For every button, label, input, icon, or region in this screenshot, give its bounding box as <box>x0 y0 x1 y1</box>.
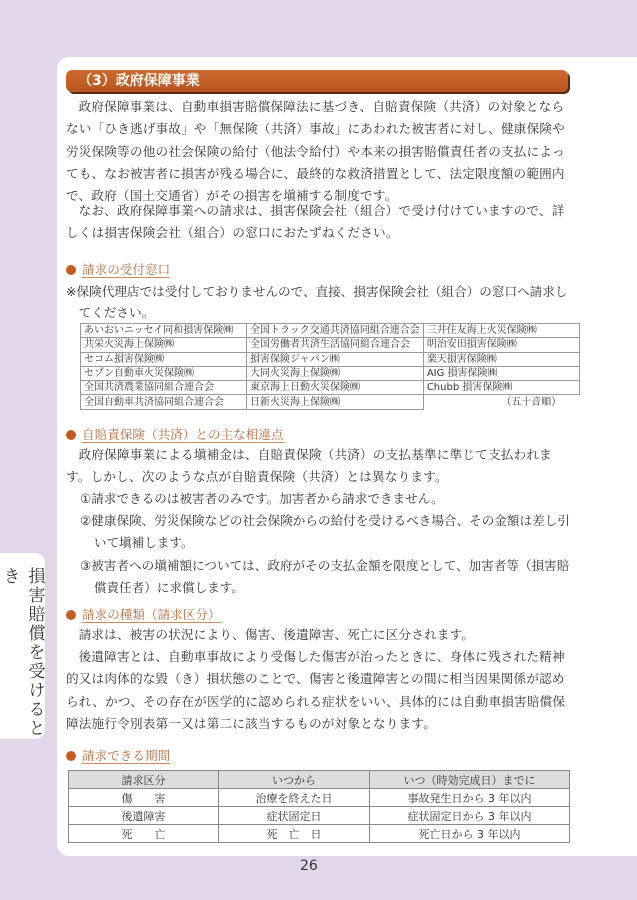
table-row: セコム損害保険㈱ 損害保険ジャパン㈱ 楽天損害保険㈱ <box>81 352 580 366</box>
company-cell: Chubb 損害保険㈱ <box>423 381 579 395</box>
order-note: （五十音順） <box>423 395 579 409</box>
bullet-dot-icon <box>66 610 76 620</box>
company-cell: 楽天損害保険㈱ <box>423 352 579 366</box>
period-heading: 請求できる期間 <box>66 748 170 764</box>
chapter-side-tab-label: 損害賠償を受けるとき <box>0 567 48 739</box>
company-cell: セゾン自動車火災保険㈱ <box>81 366 247 380</box>
table-row: セゾン自動車火災保険㈱ 大同火災海上保険㈱ AIG 損害保険㈱ <box>81 366 580 380</box>
company-cell: 損害保険ジャパン㈱ <box>247 352 424 366</box>
table-row: 共栄火災海上保険㈱ 全国労働者共済生活協同組合連合会 明治安田損害保険㈱ <box>81 338 580 352</box>
table-cell: 症状固定日から 3 年以内 <box>370 807 570 825</box>
company-cell: 共栄火災海上保険㈱ <box>81 338 247 352</box>
table-row: 後遺障害 症状固定日 症状固定日から 3 年以内 <box>69 807 570 825</box>
page-number: 26 <box>300 858 318 874</box>
insurance-company-table: あいおいニッセイ同和損害保険㈱ 全国トラック交通共済協同組合連合会 三井住友海上… <box>80 323 580 410</box>
table-cell: 後遺障害 <box>69 807 219 825</box>
table-row: 死 亡 死 亡 日 死亡日から 3 年以内 <box>69 825 570 843</box>
reception-note: ※保険代理店では受付しておりませんので、直接、損害保険会社（組合）の窓口へ請求し… <box>66 281 574 323</box>
table-row: あいおいニッセイ同和損害保険㈱ 全国トラック交通共済協同組合連合会 三井住友海上… <box>81 324 580 338</box>
bullet-dot-icon <box>66 265 76 275</box>
table-cell: 死 亡 日 <box>219 825 370 843</box>
intro-paragraph-1: 政府保障事業は、自動車損害賠償保障法に基づき、自賠責保険（共済）の対象となら な… <box>66 96 574 207</box>
company-cell: 日新火災海上保険㈱ <box>247 395 424 409</box>
difference-item-2: ②健康保険、労災保険などの社会保険からの給付を受けるべき場合、その金額は差し引い… <box>80 510 574 555</box>
company-cell: 大同火災海上保険㈱ <box>247 366 424 380</box>
differences-heading: 自賠責保険（共済）との主な相違点 <box>66 427 284 443</box>
company-cell: 全国トラック交通共済協同組合連合会 <box>247 324 424 338</box>
table-cell: 死亡日から 3 年以内 <box>370 825 570 843</box>
chapter-side-tab[interactable]: 損害賠償を受けるとき <box>0 553 45 739</box>
claim-types-paragraph-2: 後遺障害とは、自動車事故により受傷した傷害が治ったときに、身体に残された精神的又… <box>66 646 574 735</box>
difference-item-3: ③被害者への塡補額については、政府がその支払金額を限度として、加害者等（損害賠償… <box>80 555 574 600</box>
table-cell: 死 亡 <box>69 825 219 843</box>
table-cell: 症状固定日 <box>219 807 370 825</box>
company-cell: 明治安田損害保険㈱ <box>423 338 579 352</box>
company-cell: 全国自動車共済協同組合連合会 <box>81 395 247 409</box>
claim-types-paragraph-1: 請求は、被害の状況により、傷害、後遺障害、死亡に区分されます。 <box>66 624 574 646</box>
section-title-bar: （3）政府保障事業 <box>66 70 568 92</box>
company-cell: あいおいニッセイ同和損害保険㈱ <box>81 324 247 338</box>
company-cell: 三井住友海上火災保険㈱ <box>423 324 579 338</box>
company-cell: セコム損害保険㈱ <box>81 352 247 366</box>
reception-heading: 請求の受付窓口 <box>66 262 170 278</box>
claim-period-table: 請求区分 いつから いつ（時効完成日）までに 傷 害 治療を終えた日 事故発生日… <box>68 770 570 843</box>
table-cell: 事故発生日から 3 年以内 <box>370 789 570 807</box>
bullet-dot-icon <box>66 751 76 761</box>
table-row: 全国自動車共済協同組合連合会 日新火災海上保険㈱ （五十音順） <box>81 395 580 409</box>
table-cell: 傷 害 <box>69 789 219 807</box>
column-header: いつから <box>219 771 370 789</box>
table-row: 全国共済農業協同組合連合会 東京海上日動火災保険㈱ Chubb 損害保険㈱ <box>81 381 580 395</box>
company-cell: AIG 損害保険㈱ <box>423 366 579 380</box>
table-header-row: 請求区分 いつから いつ（時効完成日）までに <box>69 771 570 789</box>
table-row: 傷 害 治療を終えた日 事故発生日から 3 年以内 <box>69 789 570 807</box>
bullet-dot-icon <box>66 430 76 440</box>
company-cell: 東京海上日動火災保険㈱ <box>247 381 424 395</box>
column-header: いつ（時効完成日）までに <box>370 771 570 789</box>
column-header: 請求区分 <box>69 771 219 789</box>
differences-intro: 政府保障事業による塡補金は、自賠責保険（共済）の支払基準に準じて支払われます。し… <box>66 444 574 489</box>
table-cell: 治療を終えた日 <box>219 789 370 807</box>
company-cell: 全国労働者共済生活協同組合連合会 <box>247 338 424 352</box>
intro-paragraph-2: なお、政府保障事業への請求は、損害保険会社（組合）で受け付けていますので、詳しく… <box>66 200 574 245</box>
claim-types-heading: 請求の種類（請求区分） <box>66 607 221 623</box>
difference-item-1: ①請求できるのは被害者のみです。加害者から請求できません。 <box>80 488 574 510</box>
company-cell: 全国共済農業協同組合連合会 <box>81 381 247 395</box>
